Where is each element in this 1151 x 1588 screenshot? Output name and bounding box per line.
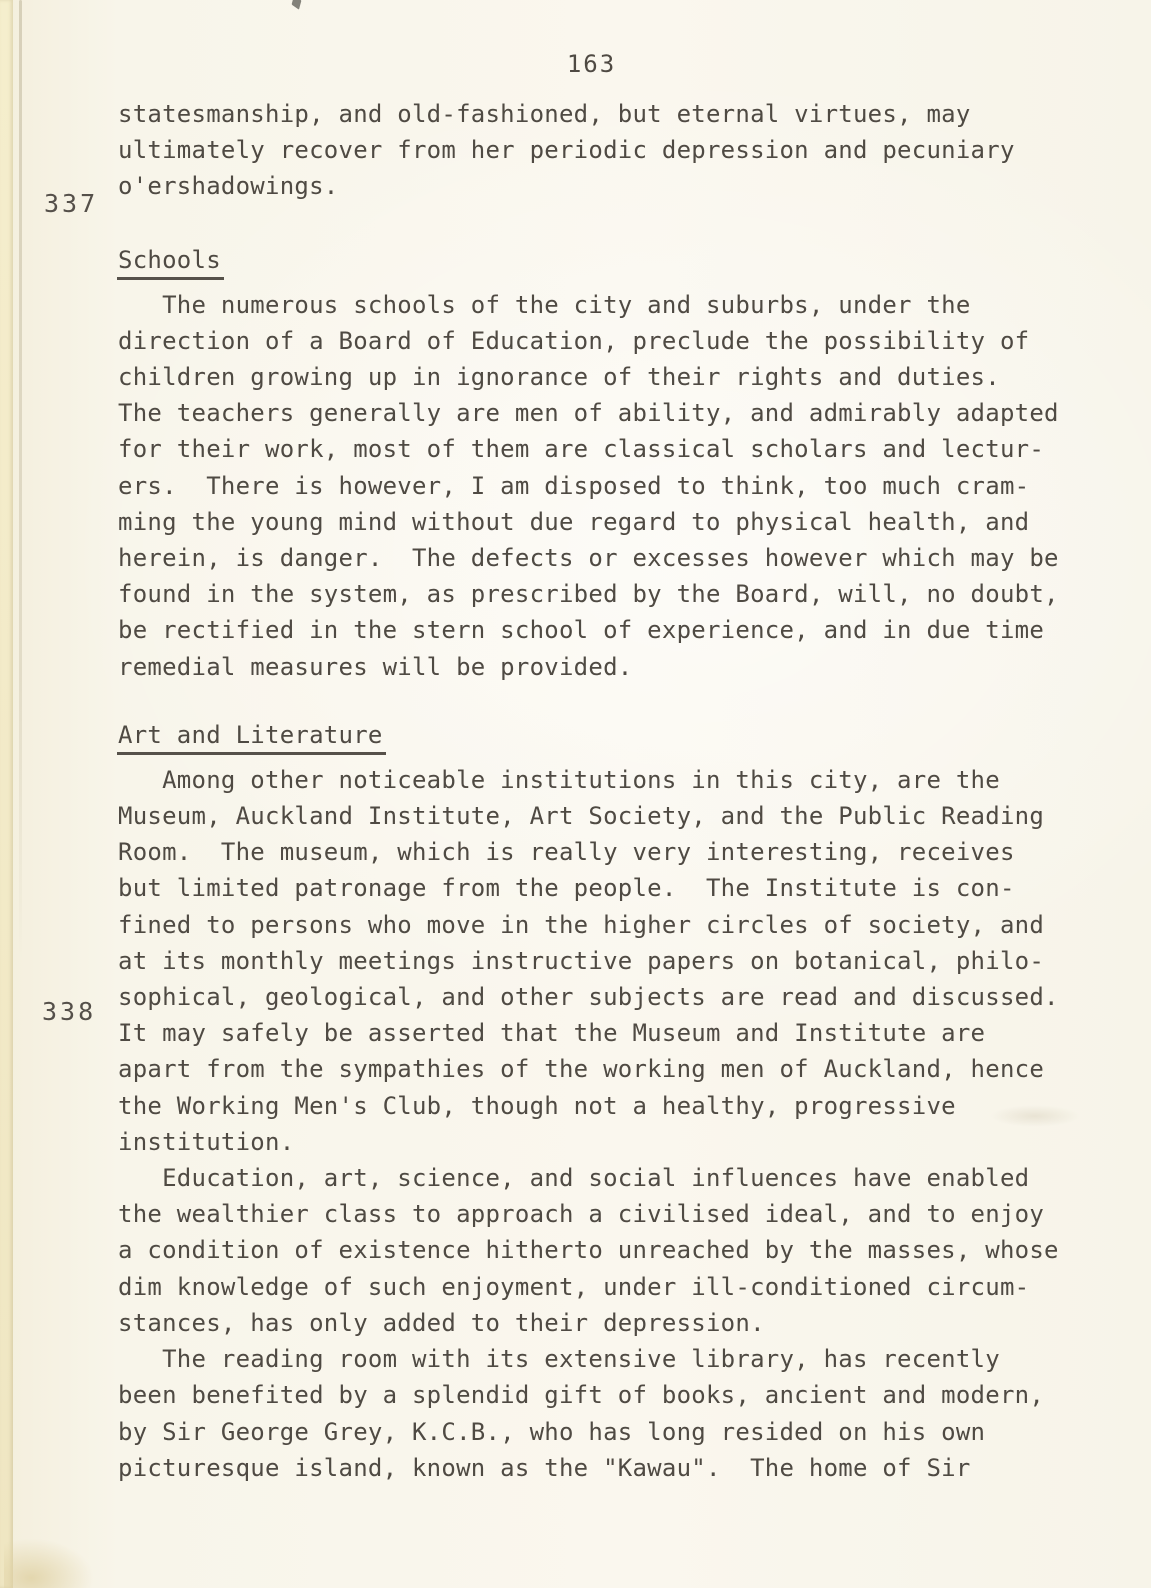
text-column: statesmanship, and old-fashioned, but et… bbox=[118, 96, 1128, 1486]
text-line: fined to persons who move in the higher … bbox=[118, 907, 1128, 943]
margin-number-337: 337 bbox=[44, 189, 98, 218]
text-line: the Working Men's Club, though not a hea… bbox=[118, 1088, 1128, 1124]
text-line: stances, has only added to their depress… bbox=[118, 1305, 1128, 1341]
section-heading-schools: Schools bbox=[117, 246, 224, 280]
text-line: a condition of existence hitherto unreac… bbox=[118, 1232, 1128, 1268]
text-line: Museum, Auckland Institute, Art Society,… bbox=[118, 798, 1128, 834]
section-schools-heading-row: Schools bbox=[118, 246, 1128, 280]
text-line: the wealthier class to approach a civili… bbox=[118, 1196, 1128, 1232]
text-line: herein, is danger. The defects or excess… bbox=[118, 540, 1128, 576]
intro-paragraph: statesmanship, and old-fashioned, but et… bbox=[118, 96, 1128, 205]
text-line: The numerous schools of the city and sub… bbox=[118, 287, 1128, 323]
text-line: statesmanship, and old-fashioned, but et… bbox=[118, 96, 1128, 132]
text-line: direction of a Board of Education, precl… bbox=[118, 323, 1128, 359]
text-line: been benefited by a splendid gift of boo… bbox=[118, 1377, 1128, 1413]
text-line: The reading room with its extensive libr… bbox=[118, 1341, 1128, 1377]
text-line: be rectified in the stern school of expe… bbox=[118, 612, 1128, 648]
text-line: Among other noticeable institutions in t… bbox=[118, 762, 1128, 798]
text-line: institution. bbox=[118, 1124, 1128, 1160]
art-paragraph-1: Among other noticeable institutions in t… bbox=[118, 762, 1128, 1160]
scan-left-edge bbox=[0, 0, 13, 1588]
text-line: Room. The museum, which is really very i… bbox=[118, 834, 1128, 870]
text-line: ers. There is however, I am disposed to … bbox=[118, 468, 1128, 504]
text-line: remedial measures will be provided. bbox=[118, 649, 1128, 685]
schools-paragraph: The numerous schools of the city and sub… bbox=[118, 287, 1128, 685]
text-line: by Sir George Grey, K.C.B., who has long… bbox=[118, 1414, 1128, 1450]
scan-bottom-left-stain bbox=[4, 1538, 94, 1588]
art-paragraph-3: The reading room with its extensive libr… bbox=[118, 1341, 1128, 1486]
text-line: ming the young mind without due regard t… bbox=[118, 504, 1128, 540]
text-line: children growing up in ignorance of thei… bbox=[118, 359, 1128, 395]
text-line: o'ershadowings. bbox=[118, 168, 1128, 204]
text-line: apart from the sympathies of the working… bbox=[118, 1051, 1128, 1087]
text-line: for their work, most of them are classic… bbox=[118, 431, 1128, 467]
art-paragraph-2: Education, art, science, and social infl… bbox=[118, 1160, 1128, 1341]
text-line: ultimately recover from her periodic dep… bbox=[118, 132, 1128, 168]
text-line: picturesque island, known as the "Kawau"… bbox=[118, 1450, 1128, 1486]
page-number: 163 bbox=[118, 50, 1065, 78]
scan-crease-line bbox=[19, 0, 22, 960]
text-line: The teachers generally are men of abilit… bbox=[118, 395, 1128, 431]
margin-number-338: 338 bbox=[42, 997, 96, 1026]
text-line: It may safely be asserted that the Museu… bbox=[118, 1015, 1128, 1051]
text-line: sophical, geological, and other subjects… bbox=[118, 979, 1128, 1015]
text-line: Education, art, science, and social infl… bbox=[118, 1160, 1128, 1196]
text-line: found in the system, as prescribed by th… bbox=[118, 576, 1128, 612]
section-heading-art-and-literature: Art and Literature bbox=[117, 721, 386, 755]
text-line: but limited patronage from the people. T… bbox=[118, 870, 1128, 906]
text-line: dim knowledge of such enjoyment, under i… bbox=[118, 1269, 1128, 1305]
scan-top-mark bbox=[292, 0, 302, 10]
text-line: at its monthly meetings instructive pape… bbox=[118, 943, 1128, 979]
section-art-heading-row: Art and Literature bbox=[118, 721, 1128, 755]
